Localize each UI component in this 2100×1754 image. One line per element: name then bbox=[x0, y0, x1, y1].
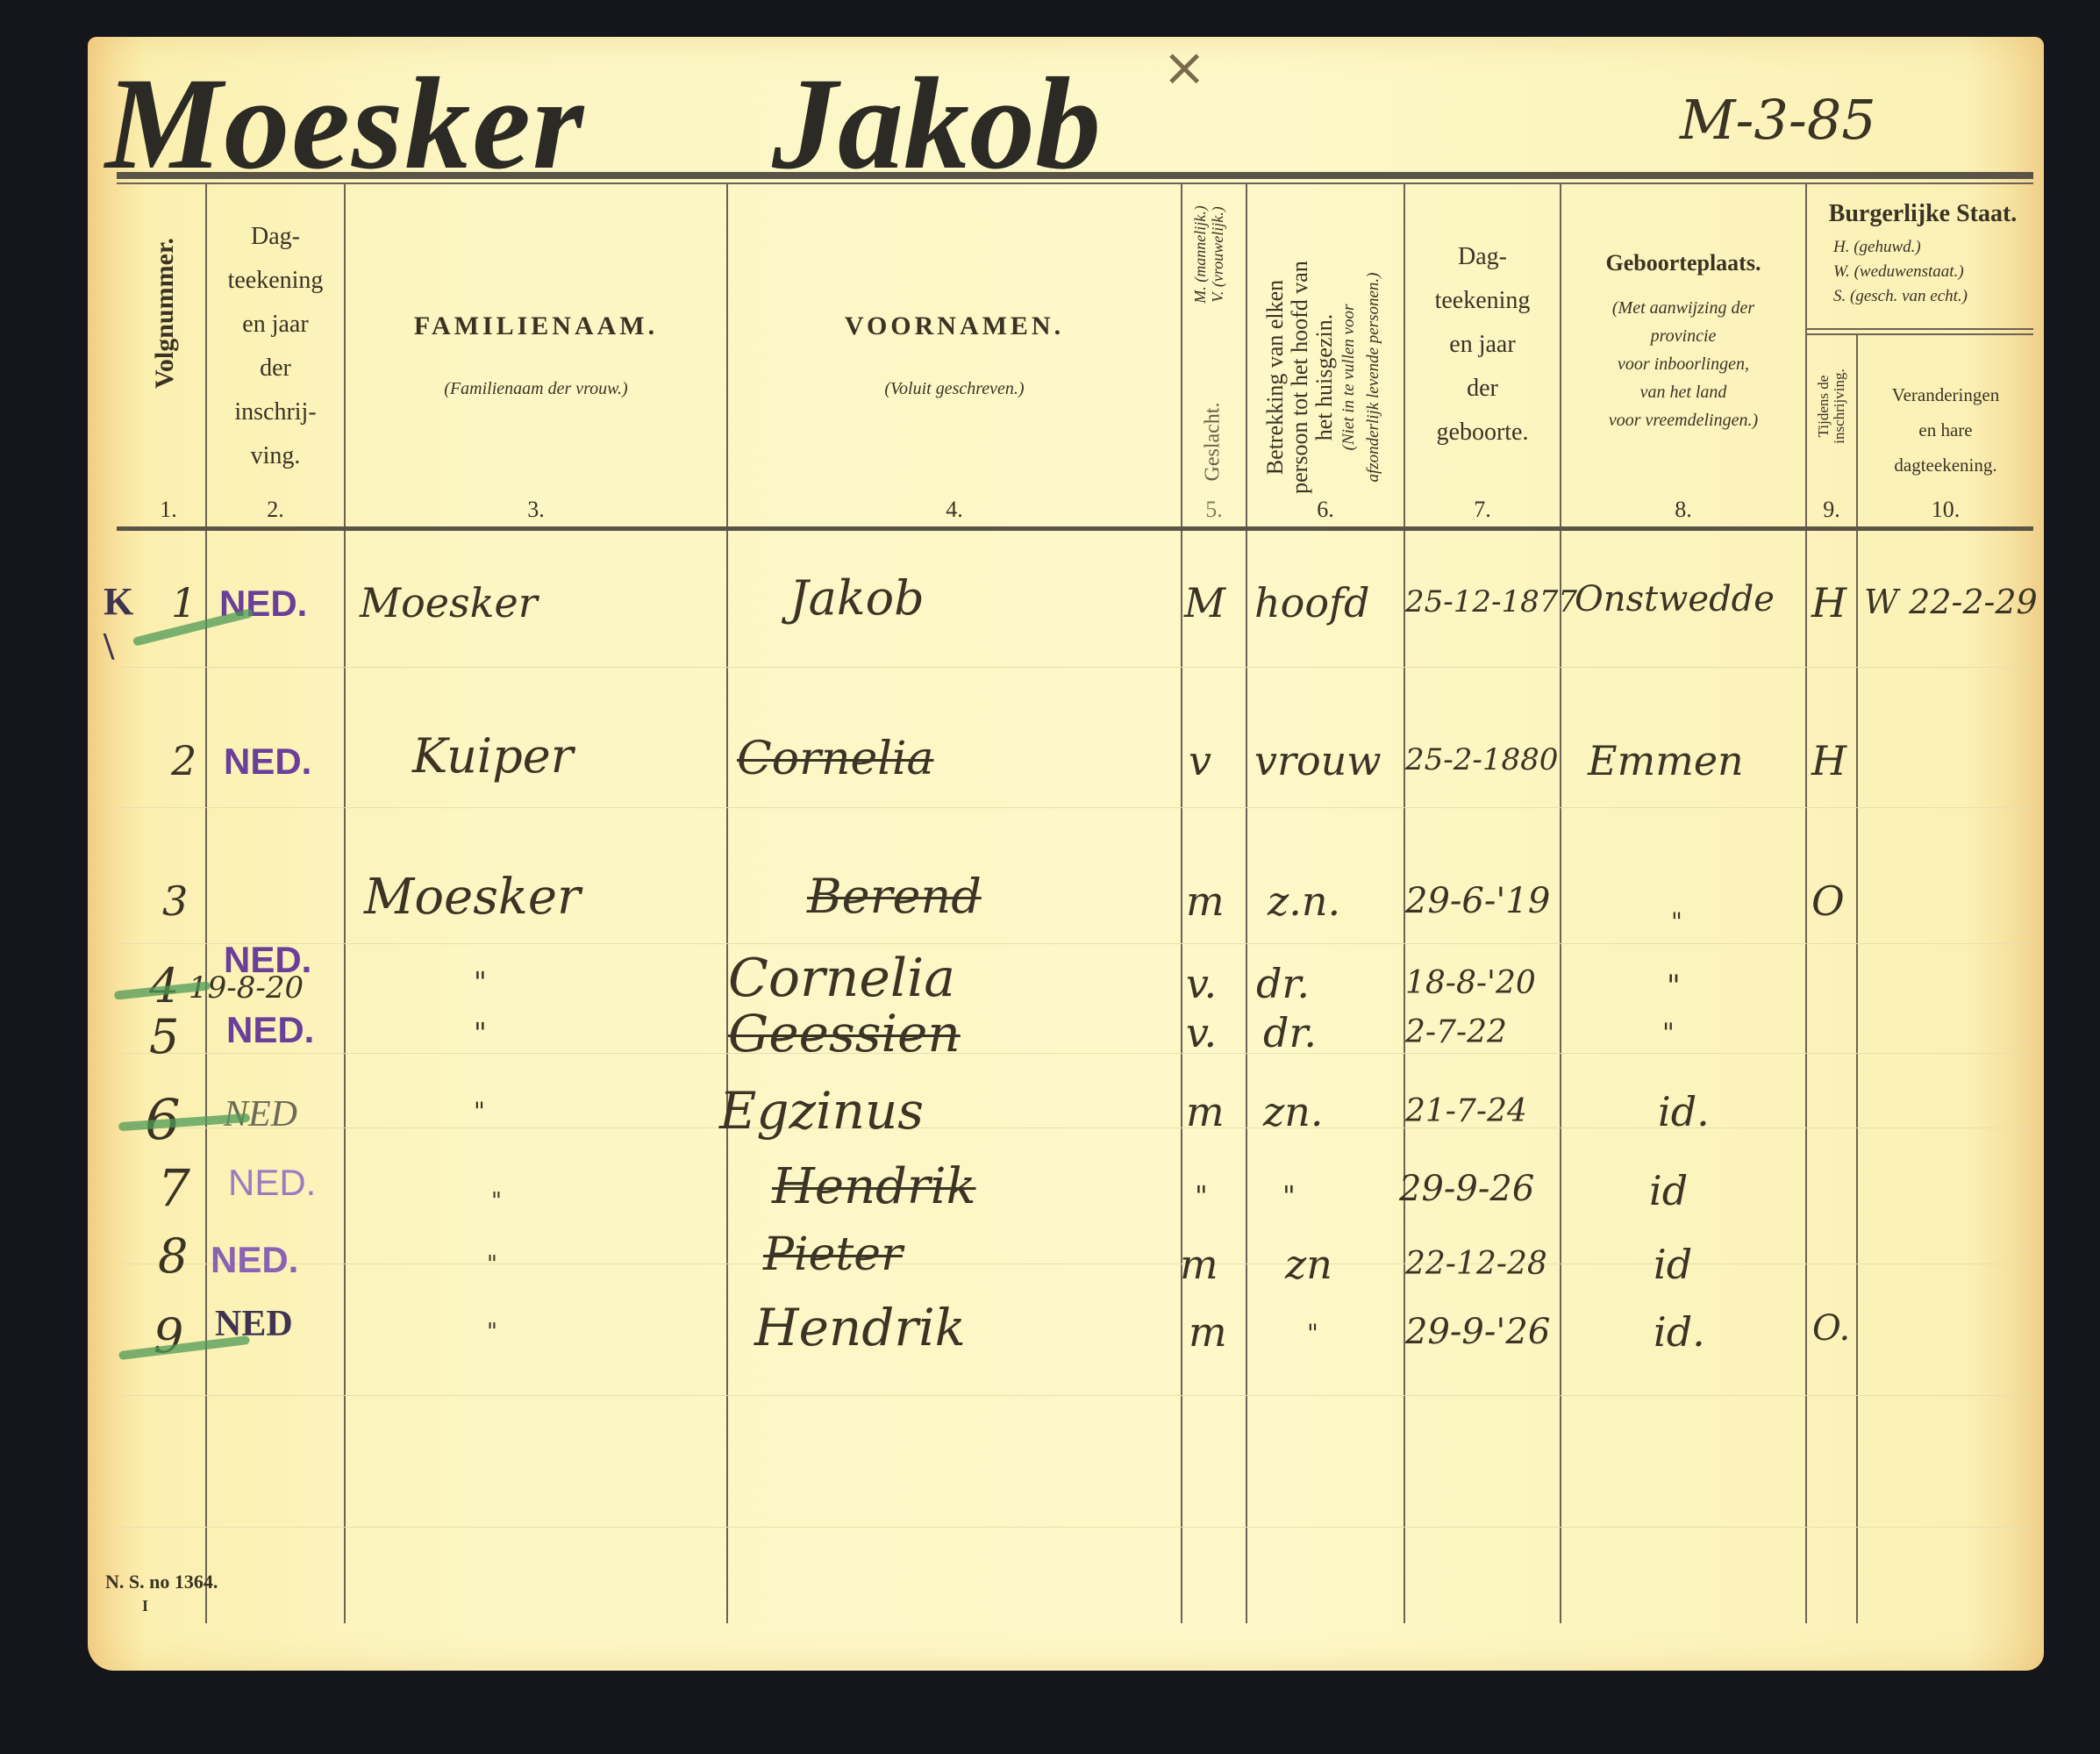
header-line: en jaar bbox=[1405, 323, 1560, 367]
row-number: 8 bbox=[158, 1228, 188, 1284]
birth-date-cell: 29-9-26 bbox=[1399, 1169, 1534, 1209]
birth-place-cell: " bbox=[1662, 1018, 1675, 1049]
header-line: en hare bbox=[1858, 412, 2033, 447]
header-line: Tijdens de bbox=[1816, 354, 1832, 459]
birth-date-cell: 18-8-'20 bbox=[1405, 965, 1536, 1001]
col-num-3: 3. bbox=[346, 497, 726, 523]
header-line: (Met aanwijzing der bbox=[1561, 294, 1805, 322]
bs-option-weduwenstaat: W. (weduwenstaat.) bbox=[1833, 260, 2044, 284]
birth-place-cell: " bbox=[1667, 969, 1681, 1004]
birth-date-cell: 25-2-1880 bbox=[1405, 742, 1558, 777]
relation-cell: dr. bbox=[1256, 960, 1310, 1007]
col-divider-5 bbox=[1246, 184, 1247, 1623]
header-familienaam: FAMILIENAAM. bbox=[346, 311, 726, 341]
birth-date-cell: 22-12-28 bbox=[1405, 1246, 1547, 1282]
col-divider-2 bbox=[344, 184, 346, 1623]
birth-place-cell: Emmen bbox=[1588, 737, 1744, 784]
col-num-6: 6. bbox=[1247, 497, 1404, 523]
birth-date-cell: 29-6-'19 bbox=[1405, 881, 1550, 921]
header-line: teekening bbox=[1405, 279, 1560, 323]
header-line: van het land bbox=[1561, 378, 1805, 406]
sex-cell: m bbox=[1189, 1308, 1227, 1356]
top-rule bbox=[117, 172, 2033, 179]
row-guide bbox=[117, 1128, 2033, 1128]
header-line: geboorte. bbox=[1405, 411, 1560, 455]
header-inschrijving-date: Dag- teekening en jaar der inschrij- vin… bbox=[207, 215, 344, 478]
header-line: voor vreemdelingen.) bbox=[1561, 406, 1805, 434]
header-line: dagteekening. bbox=[1858, 447, 2033, 483]
row-number: 3 bbox=[162, 877, 188, 925]
birth-place-cell: " bbox=[1671, 907, 1682, 936]
header-line: en jaar bbox=[207, 303, 344, 347]
header-bs-options: H. (gehuwd.) W. (weduwenstaat.) S. (gesc… bbox=[1833, 235, 2044, 309]
header-familienaam-sub: (Familienaam der vrouw.) bbox=[346, 379, 726, 399]
bs-rule bbox=[1807, 328, 2033, 330]
col-num-1: 1. bbox=[132, 497, 205, 523]
birth-place-cell: Onstwedde bbox=[1575, 579, 1775, 619]
header-geslacht-codes: M. (mannelijk.) V. (vrouwelijk.) bbox=[1191, 193, 1226, 316]
nationality-stamp: NED. bbox=[226, 1009, 314, 1051]
changes-cell: W 22-2-29 bbox=[1864, 583, 2038, 621]
surname-cell: " bbox=[474, 965, 487, 999]
header-veranderingen: Veranderingen en hare dagteekening. bbox=[1858, 377, 2033, 483]
row-guide bbox=[117, 1395, 2033, 1396]
civil-status-cell: O. bbox=[1812, 1308, 1850, 1349]
header-voornamen: VOORNAMEN. bbox=[728, 311, 1181, 341]
sex-cell: " bbox=[1195, 1179, 1208, 1213]
given-name-cell: Hendrik bbox=[754, 1298, 966, 1357]
birth-date-cell: 2-7-22 bbox=[1405, 1014, 1507, 1050]
sex-cell: M bbox=[1184, 579, 1225, 626]
row-guide bbox=[117, 1527, 2033, 1528]
sex-cell: v. bbox=[1186, 960, 1217, 1007]
sex-cell: v bbox=[1189, 737, 1211, 784]
nationality-stamp: NED. bbox=[228, 1162, 316, 1204]
relation-cell: vrouw bbox=[1254, 737, 1382, 784]
header-line: inschrij- bbox=[207, 390, 344, 434]
relation-cell: dr. bbox=[1263, 1009, 1317, 1056]
header-geboorteplaats-sub: (Met aanwijzing der provincie voor inboo… bbox=[1561, 294, 1805, 434]
bs-option-gescheiden: S. (gesch. van echt.) bbox=[1833, 284, 2044, 309]
col-num-9: 9. bbox=[1807, 497, 1856, 523]
surname-cell: " bbox=[474, 1016, 487, 1049]
surname-cell: Moesker bbox=[364, 869, 581, 926]
civil-status-cell: O bbox=[1811, 877, 1845, 925]
cross-mark-icon: × bbox=[1162, 37, 1206, 98]
header-line: Dag- bbox=[1405, 235, 1560, 279]
header-burgerlijke-staat: Burgerlijke Staat. bbox=[1809, 200, 2037, 228]
form-number: N. S. no 1364. bbox=[105, 1571, 218, 1593]
relation-cell: " bbox=[1282, 1179, 1296, 1213]
surname-cell: Moesker bbox=[360, 579, 538, 626]
civil-status-cell: H bbox=[1811, 579, 1846, 626]
header-line: der bbox=[207, 347, 344, 390]
given-name-cell: Cornelia bbox=[728, 948, 955, 1009]
surname-cell: " bbox=[491, 1188, 502, 1214]
given-name-cell: Geessien bbox=[728, 1004, 961, 1063]
col-num-4: 4. bbox=[728, 497, 1181, 523]
civil-status-cell: H bbox=[1811, 737, 1846, 784]
header-line: ving. bbox=[207, 434, 344, 478]
birth-place-cell: id bbox=[1654, 1241, 1692, 1288]
sex-cell: m bbox=[1186, 877, 1225, 925]
row-number: 5 bbox=[149, 1009, 179, 1064]
birth-date-cell: 25-12-1877 bbox=[1405, 584, 1577, 619]
relation-cell: z.n. bbox=[1268, 877, 1340, 925]
col-num-10: 10. bbox=[1858, 497, 2033, 523]
header-voornamen-sub: (Voluit geschreven.) bbox=[728, 379, 1181, 399]
col-num-5: 5. bbox=[1182, 497, 1246, 523]
surname-cell: " bbox=[487, 1319, 497, 1345]
header-line: M. (mannelijk.) bbox=[1191, 193, 1209, 316]
relation-cell: zn. bbox=[1263, 1088, 1323, 1135]
col-divider-4 bbox=[1181, 184, 1182, 1623]
row-guide bbox=[117, 1264, 2033, 1264]
top-rule-thin bbox=[117, 183, 2033, 184]
given-name-cell: Egzinus bbox=[719, 1081, 924, 1141]
header-line: Veranderingen bbox=[1858, 377, 2033, 412]
given-name-cell: Cornelia bbox=[737, 733, 933, 785]
col-divider-3 bbox=[726, 184, 728, 1623]
given-name-cell: Hendrik bbox=[772, 1158, 976, 1215]
header-line: Dag- bbox=[207, 215, 344, 259]
row-guide bbox=[117, 807, 2033, 808]
relation-cell: hoofd bbox=[1254, 579, 1370, 626]
header-volgnummer: Volgnummer. bbox=[150, 190, 180, 436]
row-guide bbox=[117, 1053, 2033, 1054]
col-num-8: 8. bbox=[1561, 497, 1805, 523]
relation-cell: " bbox=[1307, 1319, 1318, 1348]
surname-cell: Kuiper bbox=[412, 728, 574, 784]
header-tijdens-inschrijving: Tijdens de inschrijving. bbox=[1816, 354, 1847, 459]
sex-cell: m bbox=[1180, 1241, 1218, 1288]
nationality-stamp: NED. bbox=[224, 741, 311, 783]
reference-number: M-3-85 bbox=[1680, 88, 1876, 152]
row-prefix-stamp: K \ bbox=[104, 579, 133, 669]
header-geslacht: Geslacht. bbox=[1202, 385, 1225, 499]
birth-place-cell: id. bbox=[1654, 1308, 1705, 1356]
given-name-cell: Pieter bbox=[763, 1228, 903, 1281]
header-line: inschrijving. bbox=[1832, 354, 1847, 459]
row-guide bbox=[117, 667, 2033, 668]
nationality-stamp: NED. bbox=[211, 1239, 298, 1281]
header-geboorte-date: Dag- teekening en jaar der geboorte. bbox=[1405, 235, 1560, 455]
row-number: 7 bbox=[158, 1158, 190, 1218]
header-line: teekening bbox=[207, 259, 344, 303]
row-number: 2 bbox=[171, 737, 196, 784]
registry-card bbox=[88, 37, 2044, 1671]
header-geboorteplaats: Geboorteplaats. bbox=[1561, 250, 1805, 276]
row-guide bbox=[117, 943, 2033, 944]
surname-cell: " bbox=[474, 1097, 485, 1126]
col-num-7: 7. bbox=[1405, 497, 1560, 523]
birth-date-cell: 21-7-24 bbox=[1405, 1093, 1527, 1129]
birth-date-cell: 29-9-'26 bbox=[1405, 1312, 1550, 1352]
surname-cell: " bbox=[487, 1251, 497, 1278]
col-divider-8 bbox=[1805, 184, 1807, 1623]
header-line: provincie bbox=[1561, 322, 1805, 350]
sex-cell: v. bbox=[1186, 1009, 1217, 1056]
sex-cell: m bbox=[1186, 1088, 1225, 1135]
bs-rule bbox=[1807, 333, 2033, 335]
birth-place-cell: id. bbox=[1658, 1088, 1710, 1135]
birth-place-cell: id bbox=[1649, 1167, 1688, 1214]
form-sub-number: I bbox=[142, 1597, 148, 1615]
row-number: 1 bbox=[171, 579, 196, 626]
relation-cell: zn bbox=[1285, 1241, 1332, 1288]
given-name-cell: Jakob bbox=[789, 570, 925, 626]
bs-option-gehuwd: H. (gehuwd.) bbox=[1833, 235, 2044, 260]
given-name-cell: Berend bbox=[807, 869, 982, 924]
header-bottom-rule bbox=[117, 526, 2033, 531]
header-line: V. (vrouwelijk.) bbox=[1209, 193, 1226, 316]
header-line: der bbox=[1405, 367, 1560, 411]
col-num-2: 2. bbox=[207, 497, 344, 523]
header-line: voor inboorlingen, bbox=[1561, 350, 1805, 378]
